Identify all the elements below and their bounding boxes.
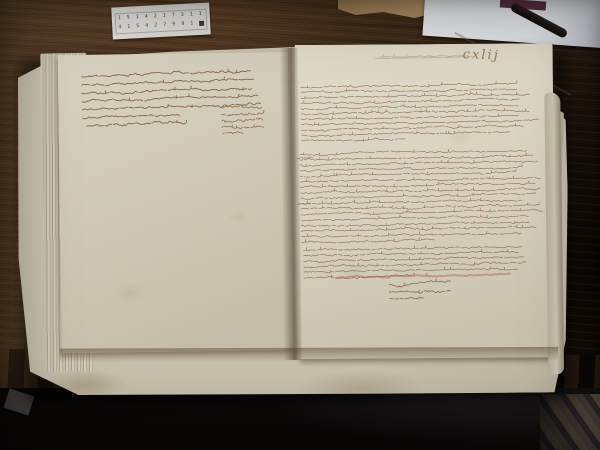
call-slip-label: 1 5 1 4 2 1 7 3 1 1 4 1 5 4 2 7 9 9 1 — [111, 2, 211, 39]
call-slip-box: 1 5 1 4 2 1 7 3 1 1 4 1 5 4 2 7 9 9 1 — [115, 8, 208, 34]
handwriting-left-page — [55, 50, 295, 356]
barcode-square-icon — [203, 12, 204, 17]
right-page: cxlij — [295, 43, 555, 359]
call-slip-digits: 4 1 5 4 2 7 9 9 1 — [118, 21, 195, 30]
handwriting-right-page — [293, 42, 556, 360]
manuscript-photo: 1 5 1 4 2 1 7 3 1 1 4 1 5 4 2 7 9 9 1 cx… — [0, 0, 600, 450]
open-manuscript-book: cxlij — [11, 32, 572, 406]
barcode-square-icon — [199, 21, 204, 26]
patterned-floor — [540, 394, 600, 450]
folio-number: cxlij — [463, 47, 500, 63]
left-page — [58, 52, 292, 353]
page-bottom-shadow — [60, 347, 558, 363]
